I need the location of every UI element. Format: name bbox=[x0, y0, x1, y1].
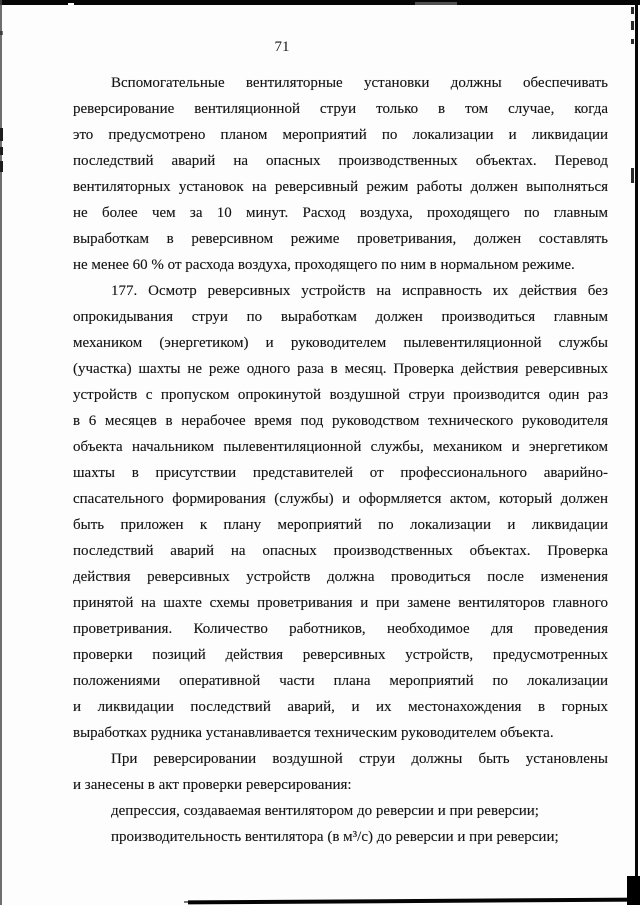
scan-edge-bottom bbox=[188, 898, 640, 905]
text-line: Вспомогательные вентиляторные установки … bbox=[73, 70, 608, 96]
text-line: шахты в присутствии представителей от пр… bbox=[73, 460, 608, 486]
text-line: проверки позиций действия реверсивных ус… bbox=[73, 642, 608, 668]
text-line: спасательного формирования (службы) и оф… bbox=[73, 486, 608, 512]
text-line: в 6 месяцев в нерабочее время под руково… bbox=[73, 408, 608, 434]
text-line: действия реверсивных устройств должна пр… bbox=[73, 564, 608, 590]
text-line: это предусмотрено планом мероприятий по … bbox=[73, 122, 608, 148]
text-line: вентиляторных установок на реверсивный р… bbox=[73, 174, 608, 200]
scan-artifact-dash bbox=[0, 31, 3, 35]
text-line: последствий аварий на опасных производст… bbox=[73, 538, 608, 564]
text-line: 177. Осмотр реверсивных устройств на исп… bbox=[73, 278, 608, 304]
text-line: быть приложен к плану мероприятий по лок… bbox=[73, 512, 608, 538]
text-line: механиком (энергетиком) и руководителем … bbox=[73, 330, 608, 356]
scan-artifact-tick bbox=[631, 168, 634, 183]
text-line: устройств с пропуском опрокинутой воздуш… bbox=[73, 382, 608, 408]
text-line: последствий аварий на опасных производст… bbox=[73, 148, 608, 174]
text-block: Вспомогательные вентиляторные установки … bbox=[73, 70, 608, 850]
scan-artifact-dash bbox=[0, 128, 3, 141]
text-line: (участка) шахты не реже одного раза в ме… bbox=[73, 356, 608, 382]
text-line: положениями оперативной части плана меро… bbox=[73, 668, 608, 694]
text-line: выработкам в реверсивном режиме проветри… bbox=[73, 226, 608, 252]
scan-artifact-tick bbox=[631, 39, 634, 44]
text-line: объекта начальником пылевентиляционной с… bbox=[73, 434, 608, 460]
text-line: депрессия, создаваемая вентилятором до р… bbox=[73, 798, 608, 824]
scan-edge-corner bbox=[627, 876, 640, 905]
page-number: 71 bbox=[258, 39, 306, 56]
text-line: выработках рудника устанавливается техни… bbox=[73, 720, 608, 746]
text-line: опрокидывания струи по выработкам должен… bbox=[73, 304, 608, 330]
document-page: 71 Вспомогательные вентиляторные установ… bbox=[0, 0, 640, 905]
scan-artifact-tick bbox=[631, 21, 634, 30]
text-line: не более чем за 10 минут. Расход воздуха… bbox=[73, 200, 608, 226]
text-line: и ликвидации последствий аварий, и их ме… bbox=[73, 694, 608, 720]
scan-edge-top bbox=[0, 0, 640, 5]
text-line: При реверсировании воздушной струи должн… bbox=[73, 746, 608, 772]
scan-edge-right bbox=[635, 0, 638, 905]
text-line: принятой на шахте схемы проветривания и … bbox=[73, 590, 608, 616]
text-line: производительность вентилятора (в м³/с) … bbox=[73, 824, 608, 850]
scan-artifact-dash bbox=[0, 161, 3, 172]
scan-artifact-dash bbox=[0, 147, 3, 155]
scan-artifact-tick bbox=[631, 7, 634, 14]
text-line: не менее 60 % от расхода воздуха, проход… bbox=[73, 252, 608, 278]
text-line: реверсирование вентиляционной струи толь… bbox=[73, 96, 608, 122]
text-line: проветривания. Количество работников, не… bbox=[73, 616, 608, 642]
text-line: и занесены в акт проверки реверсирования… bbox=[73, 772, 608, 798]
